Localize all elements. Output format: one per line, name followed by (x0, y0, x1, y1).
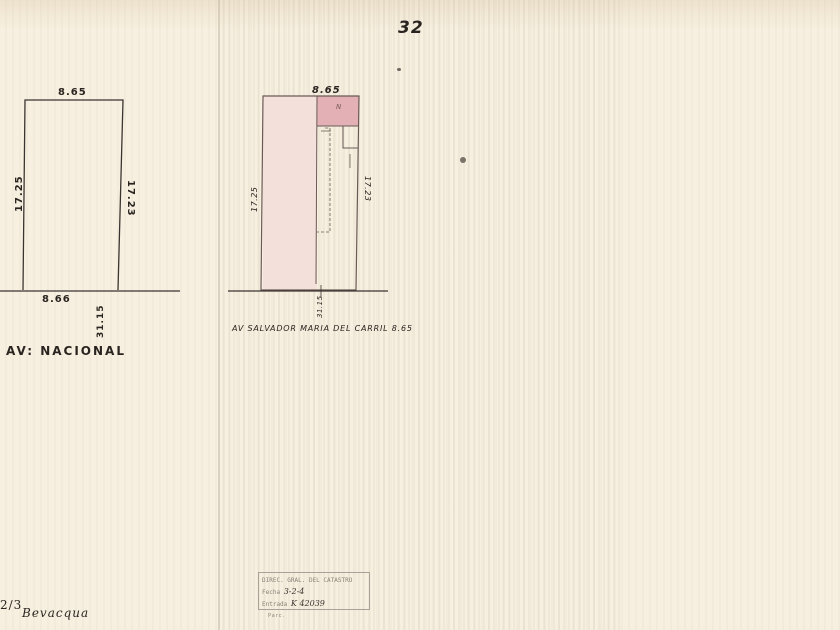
signature-name: Bevacqua (22, 606, 89, 620)
plan-left-outline (0, 0, 200, 300)
right-plan-right-dimension: 17.23 (363, 176, 372, 201)
signature-fraction: 2/3 (0, 598, 22, 612)
highlight-label: N (336, 103, 342, 111)
paper-fold-line (218, 0, 220, 630)
stamp-footer: Parc. (268, 613, 285, 619)
left-side-dimension: 17.25 (14, 175, 25, 212)
stamp-header: DIREC. GRAL. DEL CATASTRO (262, 575, 366, 586)
right-side-dimension: 17.23 (125, 180, 136, 217)
left-bottom-dimension: 8.66 (42, 294, 71, 305)
stamp-entry-row: Entrada K 42039 (262, 598, 366, 610)
stamp-date-label: Fecha (262, 589, 280, 596)
ink-spot (460, 157, 466, 163)
right-plan-left-dimension: 17.25 (250, 187, 259, 212)
stamp-date-value: 3-2-4 (284, 587, 305, 596)
street-name-salvador-maria-del-carril: Av Salvador Maria del Carril 8.65 (232, 324, 413, 333)
stamp-entry-value: K 42039 (291, 599, 325, 608)
page-number: 32 (398, 18, 424, 38)
right-top-dimension: 8.65 (312, 85, 341, 96)
right-corner-distance: 31.15 (316, 295, 324, 318)
cadastre-stamp: DIREC. GRAL. DEL CATASTRO Fecha 3-2-4 En… (258, 572, 370, 610)
stamp-date-row: Fecha 3-2-4 (262, 586, 366, 598)
street-name-nacional: AV: NACIONAL (6, 344, 126, 358)
left-top-dimension: 8.65 (58, 87, 87, 98)
stamp-entry-label: Entrada (262, 601, 287, 608)
ink-dot (397, 68, 401, 71)
left-corner-distance: 31.15 (96, 305, 106, 338)
